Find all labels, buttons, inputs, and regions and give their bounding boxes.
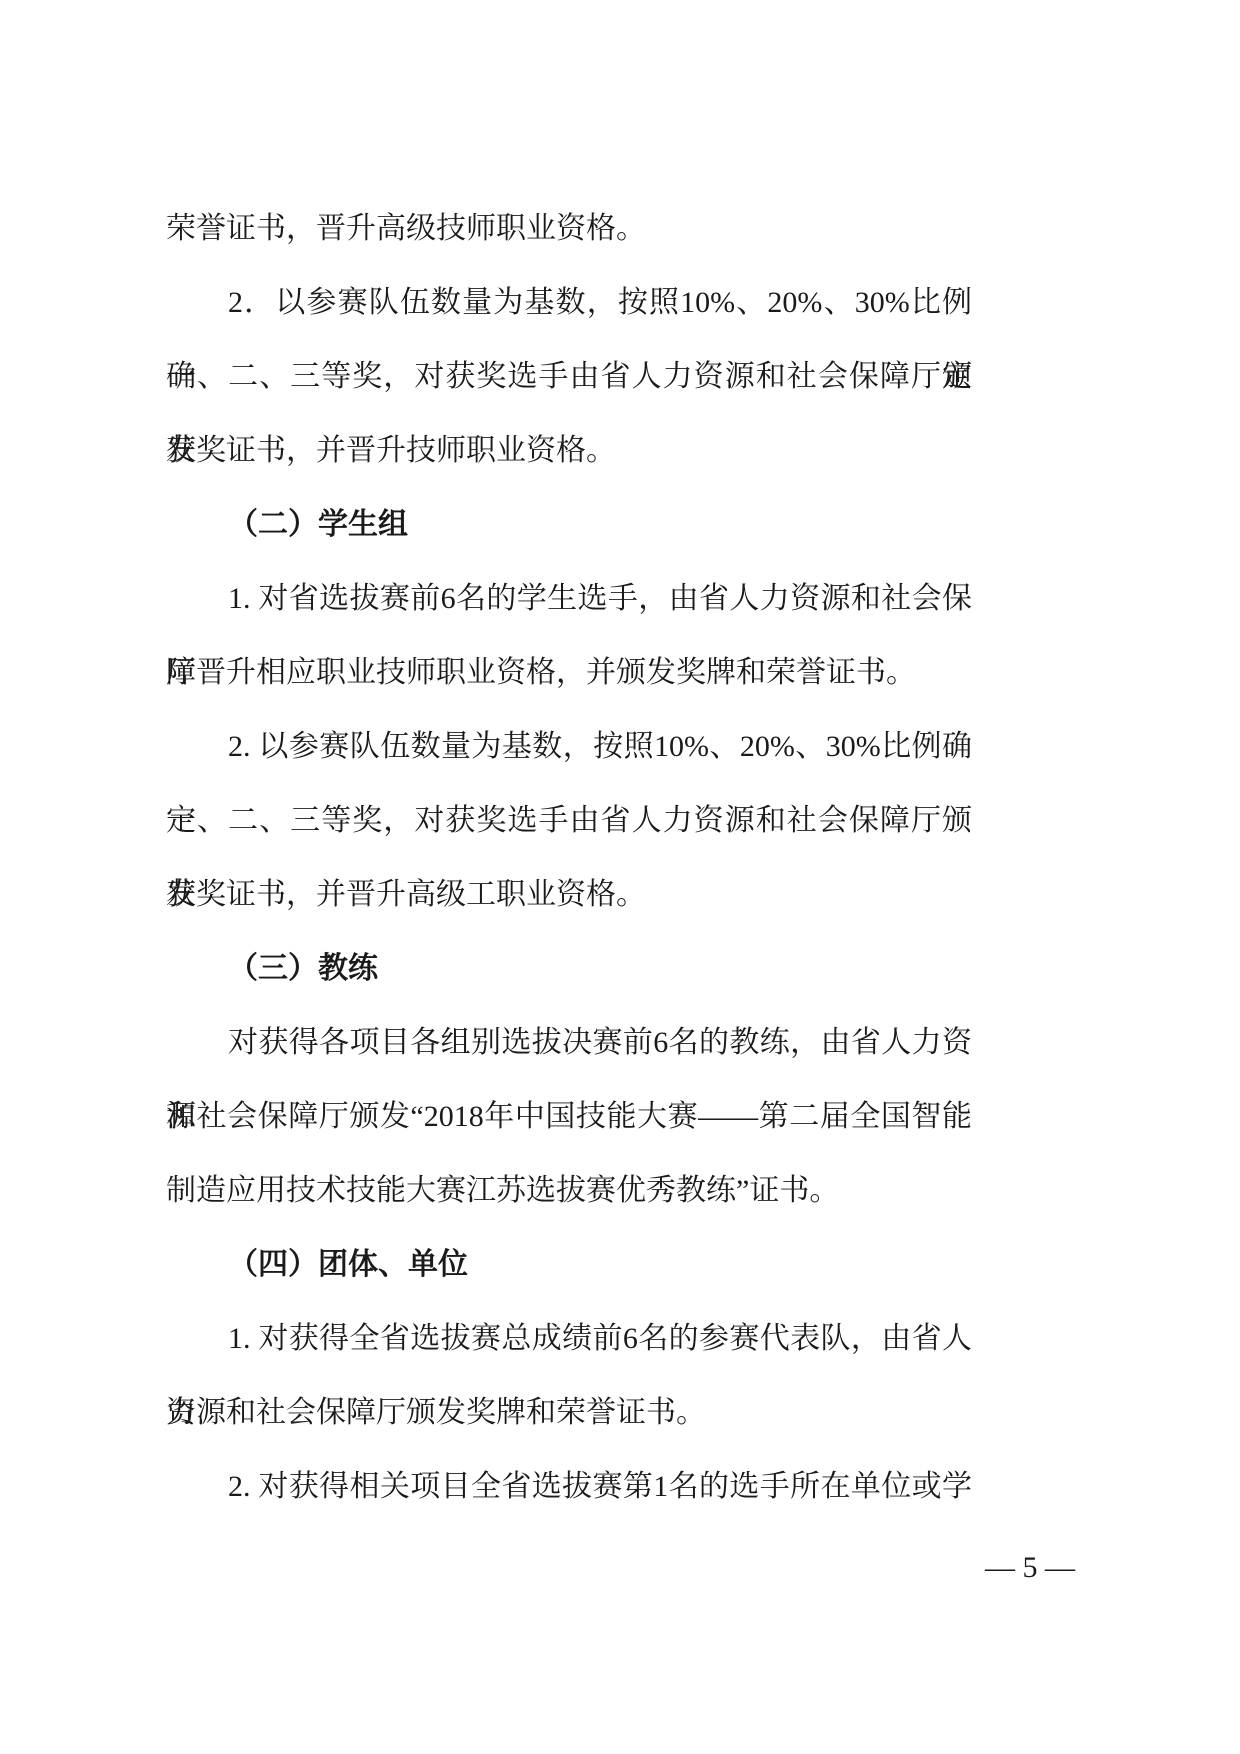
body-line: 资源和社会保障厅颁发奖牌和荣誉证书。 [166,1376,972,1450]
body-line: 荣誉证书，晋升高级技师职业资格。 [166,192,972,266]
body-line: 一、二、三等奖，对获奖选手由省人力资源和社会保障厅颁发 [166,784,972,858]
body-line: 和社会保障厅颁发“2018年中国技能大赛——第二届全国智能 [166,1080,972,1154]
body-line: 2. 对获得相关项目全省选拔赛第1名的选手所在单位或学 [166,1450,972,1524]
heading-teams-units: （四）团体、单位 [166,1228,972,1302]
document-body: 荣誉证书，晋升高级技师职业资格。 2．以参赛队伍数量为基数，按照10%、20%、… [166,192,972,1524]
document-page: 荣誉证书，晋升高级技师职业资格。 2．以参赛队伍数量为基数，按照10%、20%、… [0,0,1240,1754]
heading-students-group: （二）学生组 [166,488,972,562]
body-line: 获奖证书，并晋升技师职业资格。 [166,414,972,488]
page-number: — 5 — [985,1548,1075,1588]
body-line: 2. 以参赛队伍数量为基数，按照10%、20%、30%比例确定 [166,710,972,784]
body-line: 制造应用技术技能大赛江苏选拔赛优秀教练”证书。 [166,1154,972,1228]
body-line: 1. 对省选拔赛前6名的学生选手，由省人力资源和社会保障 [166,562,972,636]
body-line: 2．以参赛队伍数量为基数，按照10%、20%、30%比例确定 [166,266,972,340]
body-line: 1. 对获得全省选拔赛总成绩前6名的参赛代表队，由省人力 [166,1302,972,1376]
body-line: 厅晋升相应职业技师职业资格，并颁发奖牌和荣誉证书。 [166,636,972,710]
body-line: 一、二、三等奖，对获奖选手由省人力资源和社会保障厅颁发 [166,340,972,414]
body-line: 对获得各项目各组别选拔决赛前6名的教练，由省人力资源 [166,1006,972,1080]
heading-coaches: （三）教练 [166,932,972,1006]
body-line: 获奖证书，并晋升高级工职业资格。 [166,858,972,932]
